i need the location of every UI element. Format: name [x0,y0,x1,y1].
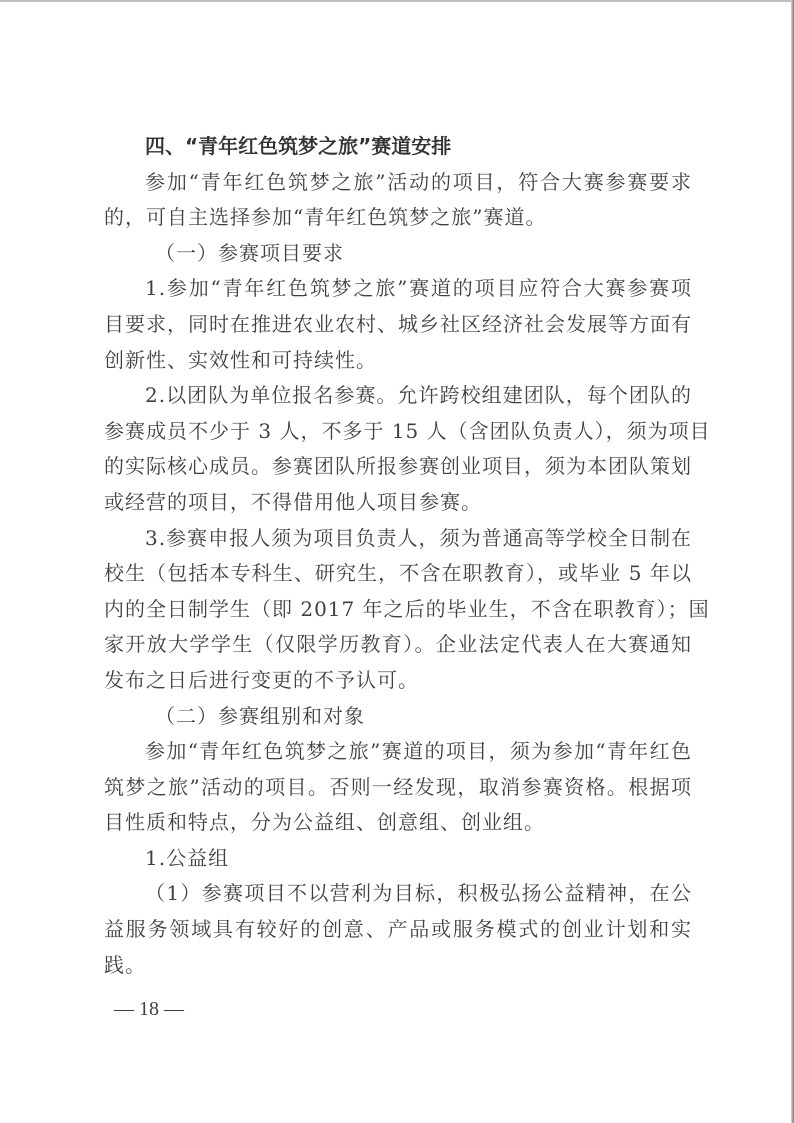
subsection-2-intro-line: 筑梦之旅”活动的项目。否则一经发现，取消参赛资格。根据项 [104,770,692,806]
item-3-line: 校生（包括本专科生、研究生，不含在职教育），或毕业 5 年以 [104,556,692,592]
item-3-line: 发布之日后进行变更的不予认可。 [104,663,692,699]
item-3-line: 家开放大学学生（仅限学历教育）。企业法定代表人在大赛通知 [104,627,692,663]
item-2-line: 的实际核心成员。参赛团队所报参赛创业项目，须为本团队策划 [104,449,692,485]
item-2-line: 参赛成员不少于 3 人，不多于 15 人（含团队负责人），须为项目 [104,414,692,450]
intro-line: 参加“青年红色筑梦之旅”活动的项目，符合大赛参赛要求 [104,165,692,201]
group-1-item-line: （1）参赛项目不以营利为目标，积极弘扬公益精神，在公 [104,876,692,912]
item-2-line: 或经营的项目，不得借用他人项目参赛。 [104,485,692,521]
item-3-line: 3.参赛申报人须为项目负责人，须为普通高等学校全日制在 [104,521,692,557]
scan-top-edge [0,0,794,2]
item-1-line: 1.参加“青年红色筑梦之旅”赛道的项目应符合大赛参赛项 [104,271,692,307]
subsection-2-intro-line: 参加“青年红色筑梦之旅”赛道的项目，须为参加“青年红色 [104,734,692,770]
group-1-title: 1.公益组 [104,841,692,877]
page-number: — 18 — [114,998,184,1021]
item-1-line: 创新性、实效性和可持续性。 [104,343,692,379]
group-1-item-line: 践。 [104,948,692,984]
item-1-line: 目要求，同时在推进农业农村、城乡社区经济社会发展等方面有 [104,307,692,343]
section-heading: 四、“青年红色筑梦之旅”赛道安排 [104,129,692,165]
subsection-2-title: （二）参赛组别和对象 [104,699,692,735]
item-3-line: 内的全日制学生（即 2017 年之后的毕业生，不含在职教育）；国 [104,592,692,628]
item-2-line: 2.以团队为单位报名参赛。允许跨校组建团队，每个团队的 [104,378,692,414]
document-page: 四、“青年红色筑梦之旅”赛道安排 参加“青年红色筑梦之旅”活动的项目，符合大赛参… [104,129,692,983]
subsection-2-intro-line: 目性质和特点，分为公益组、创意组、创业组。 [104,805,692,841]
intro-line: 的，可自主选择参加“青年红色筑梦之旅”赛道。 [104,200,692,236]
subsection-1-title: （一）参赛项目要求 [104,236,692,272]
group-1-item-line: 益服务领域具有较好的创意、产品或服务模式的创业计划和实 [104,912,692,948]
